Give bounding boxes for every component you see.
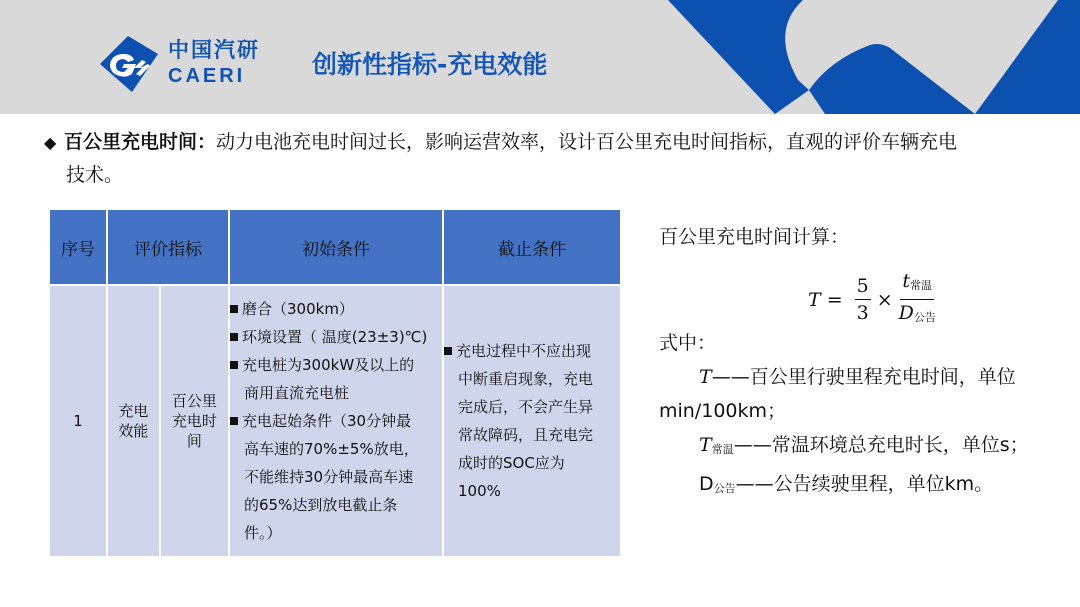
- list-item: 完成后，不会产生异: [444, 393, 620, 421]
- list-item: 高车速的70%±5%放电，: [230, 435, 442, 463]
- header-initial-conditions: 初始条件: [230, 210, 442, 284]
- logo-en: CAERI: [168, 64, 260, 88]
- list-item: 充电桩为300kW及以上的: [230, 351, 442, 379]
- list-item: 充电过程中不应出现: [444, 337, 620, 365]
- formula: T = 5 3 × t常温 D公告: [808, 270, 942, 329]
- cell-index: 1: [50, 286, 106, 556]
- list-item: 的65%达到放电截止条: [230, 491, 442, 519]
- list-item: 环境设置（ 温度(23±3)℃): [230, 323, 442, 351]
- list-item: 中断重启现象，充电: [444, 365, 620, 393]
- square-bullet-icon: [444, 347, 452, 355]
- list-item: 100%: [444, 477, 620, 505]
- where-label: 式中：: [659, 326, 1059, 360]
- calc-title: 百公里充电时间计算：: [659, 220, 1059, 254]
- cell-category: 充电 效能: [108, 286, 159, 556]
- intro-lead: 百公里充电时间：: [64, 131, 216, 153]
- indicator-table: 序号 评价指标 初始条件 截止条件 1 充电 效能 百公里 充电时 间 磨合（3…: [48, 208, 622, 558]
- cell-initial-conditions: 磨合（300km） 环境设置（ 温度(23±3)℃) 充电桩为300kW及以上的…: [230, 286, 442, 556]
- square-bullet-icon: [230, 305, 238, 313]
- cell-indicator: 百公里 充电时 间: [161, 286, 228, 556]
- header-band: 中国汽研 CAERI 创新性指标-充电效能: [0, 0, 1080, 114]
- def-t-normal: T常温——常温环境总充电时长，单位s；: [659, 428, 1059, 467]
- square-bullet-icon: [230, 361, 238, 369]
- list-item: 不能维持30分钟最高车速: [230, 463, 442, 491]
- fraction-5-3: 5 3: [855, 275, 871, 324]
- list-item: 充电起始条件（30分钟最: [230, 407, 442, 435]
- list-item: 磨合（300km）: [230, 295, 442, 323]
- intro-text-cont: 技术。: [44, 159, 1044, 191]
- list-item: 件。）: [230, 519, 442, 547]
- table-row: 1 充电 效能 百公里 充电时 间 磨合（300km） 环境设置（ 温度(23±…: [50, 286, 620, 556]
- header-indicator: 评价指标: [108, 210, 228, 284]
- header-end-conditions: 截止条件: [444, 210, 620, 284]
- caeri-logo-icon: [98, 34, 160, 94]
- square-bullet-icon: [230, 417, 238, 425]
- header-index: 序号: [50, 210, 106, 284]
- cell-end-conditions: 充电过程中不应出现 中断重启现象，充电 完成后，不会产生异 常故障码，且充电完 …: [444, 286, 620, 556]
- logo-wordmark: 中国汽研 CAERI: [168, 38, 260, 88]
- formula-legend: 式中： T——百公里行驶里程充电时间，单位 min/100km； T常温——常温…: [659, 326, 1059, 506]
- logo-cn: 中国汽研: [168, 38, 260, 62]
- def-T-unit: min/100km；: [659, 394, 1059, 428]
- square-bullet-icon: [230, 333, 238, 341]
- def-d-announced: D公告——公告续驶里程，单位km。: [659, 467, 1059, 506]
- page-title: 创新性指标-充电效能: [312, 48, 547, 82]
- def-T: T——百公里行驶里程充电时间，单位: [659, 360, 1059, 394]
- calc-section: 百公里充电时间计算：: [659, 220, 1059, 254]
- fraction-t-d: t常温 D公告: [899, 270, 936, 329]
- list-item: 常故障码，且充电完: [444, 421, 620, 449]
- intro-paragraph: ◆百公里充电时间：动力电池充电时间过长，影响运营效率，设计百公里充电时间指标，直…: [44, 126, 1044, 191]
- list-item: 商用直流充电桩: [230, 379, 442, 407]
- diamond-bullet-icon: ◆: [44, 127, 64, 159]
- intro-text: 动力电池充电时间过长，影响运营效率，设计百公里充电时间指标，直观的评价车辆充电: [216, 131, 957, 153]
- list-item: 成时的SOC应为: [444, 449, 620, 477]
